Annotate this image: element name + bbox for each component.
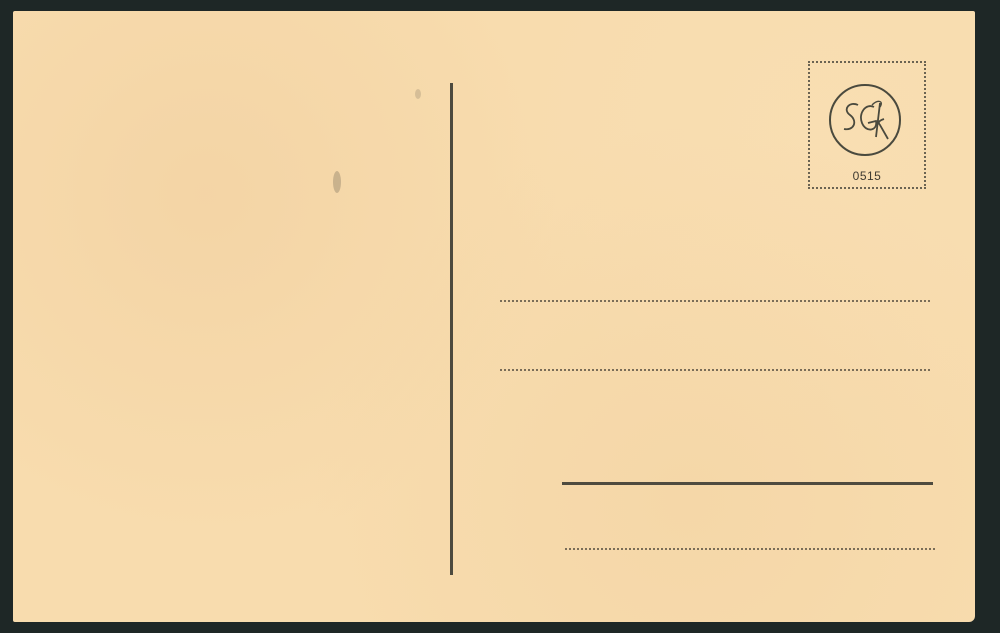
paper-smudge — [333, 171, 341, 193]
stamp-box: 0515 — [808, 61, 926, 189]
vertical-divider-line — [450, 83, 453, 575]
paper-smudge — [415, 89, 421, 99]
address-line-2 — [500, 369, 930, 371]
address-line-3 — [562, 482, 933, 485]
address-line-4 — [565, 548, 935, 550]
stamp-number: 0515 — [810, 169, 924, 183]
postcard-back: 0515 — [13, 11, 975, 622]
address-line-1 — [500, 300, 930, 302]
monogram-logo-icon — [828, 83, 902, 157]
